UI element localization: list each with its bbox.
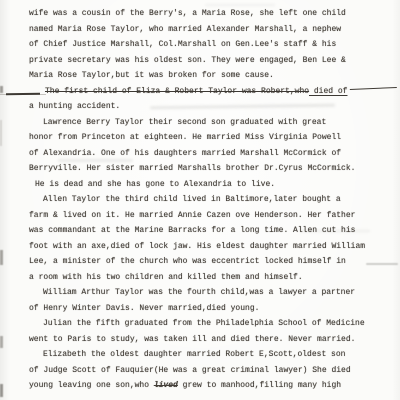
scan-edge-mark [0, 384, 3, 397]
document-line: was commandant at the Marine Barracks fo… [29, 223, 389, 239]
document-line: He is dead and she has gone to Alexandri… [29, 177, 389, 193]
document-line: wife was a cousin of the Berry's, a Mari… [29, 6, 389, 22]
document-line: went to Paris to study, was taken ill an… [29, 332, 389, 348]
typewritten-text-block: wife was a cousin of the Berry's, a Mari… [29, 6, 389, 394]
scanned-document-page: wife was a cousin of the Berry's, a Mari… [0, 0, 400, 400]
text-after-overstrike: grew to manhood,filling many high [178, 381, 341, 390]
pen-rule-trailing [350, 86, 397, 89]
document-line: honor from Princeton at eighteen. He mar… [29, 130, 389, 146]
document-line: of Judge Scott of Fauquier(He was a grea… [29, 363, 389, 379]
underlined-text: died of [309, 87, 347, 96]
struck-text: The first child of Eliza & Robert Taylor… [45, 87, 309, 96]
document-line: Lawrence Berry Taylor their second son g… [29, 115, 389, 131]
document-line-with-overstrike: young leaving one son,who lived grew to … [29, 378, 389, 394]
document-line: private secretary was his oldest son. Th… [29, 53, 389, 69]
document-line: a room with his two children and killed … [29, 270, 389, 286]
document-line: Allen Taylor the third child lived in Ba… [29, 192, 389, 208]
scan-edge-mark [0, 120, 2, 146]
document-line: Elizabeth the oldest daughter married Ro… [29, 347, 389, 363]
document-line: Maria Rose Taylor,but it was broken for … [29, 68, 389, 84]
document-line: William Arthur Taylor was the fourth chi… [29, 285, 389, 301]
document-line: farm & lived on it. He married Annie Caz… [29, 208, 389, 224]
document-line: a hunting accident. [29, 99, 389, 115]
document-line: Berryville. Her sister married Marshalls… [29, 161, 389, 177]
text-before-overstrike: young leaving one son,who [29, 381, 154, 390]
document-line: named Maria Rose Taylor, who married Ale… [29, 22, 389, 38]
document-line: foot with an axe,died of lock jaw. His e… [29, 239, 389, 255]
scan-edge-mark [0, 86, 3, 93]
document-line: Lee, a minister of the church who was ec… [29, 254, 389, 270]
document-line: of Chief Justice Marshall, Col.Marshall … [29, 37, 389, 53]
scan-edge-mark [0, 336, 3, 348]
scan-edge-mark [0, 250, 3, 265]
struck-through-line: The first child of Eliza & Robert Taylor… [29, 84, 389, 100]
overstruck-word: lived [154, 381, 178, 390]
document-line: Julian the fifth graduated from the Phil… [29, 316, 389, 332]
document-line: of Henry Winter Davis. Never married,die… [29, 301, 389, 317]
document-line: of Alexandria. One of his daughters marr… [29, 146, 389, 162]
